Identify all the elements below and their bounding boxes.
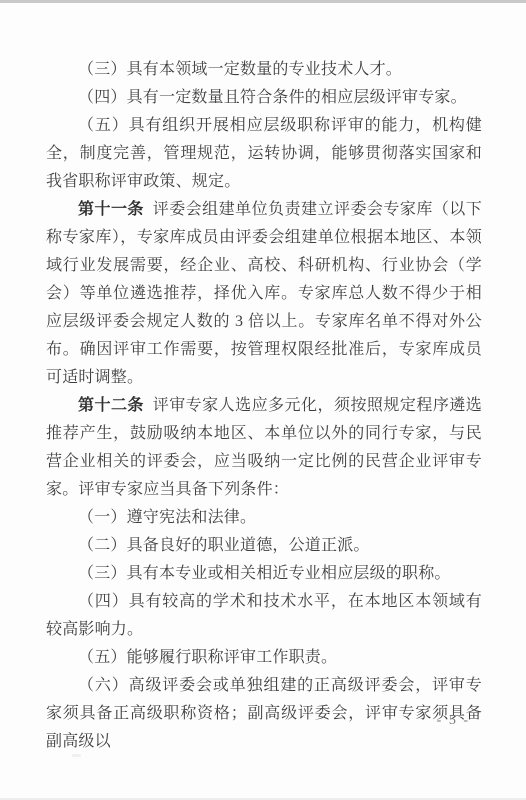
scan-artifact — [72, 754, 81, 757]
paragraph-text: （一）遵守宪法和法律。 — [78, 509, 256, 526]
paragraph: （五）具有组织开展相应层级职称评审的能力，机构健全，制度完善，管理规范，运转协调… — [46, 112, 482, 196]
paragraph: （四）具有一定数量且符合条件的相应层级评审专家。 — [46, 84, 482, 112]
paragraph: （五）能够履行职称评审工作职责。 — [46, 644, 482, 672]
document-text: （三）具有本领域一定数量的专业技术人才。 （四）具有一定数量且符合条件的相应层级… — [46, 56, 482, 756]
article-number: 第十一条 — [78, 201, 144, 218]
paragraph-text: （四）具有一定数量且符合条件的相应层级评审专家。 — [78, 89, 467, 106]
paragraph: （一）遵守宪法和法律。 — [46, 504, 482, 532]
paragraph: （四）具有较高的学术和技术水平，在本地区本领域有较高影响力。 — [46, 588, 482, 644]
paragraph-text: （三）具有本专业或相关相近专业相应层级的职称。 — [78, 565, 451, 582]
paragraph: 第十一条评委会组建单位负责建立评委会专家库（以下称专家库），专家库成员由评委会组… — [46, 196, 482, 392]
article-number: 第十二条 — [78, 397, 144, 414]
paragraph: （三）具有本专业或相关相近专业相应层级的职称。 — [46, 560, 482, 588]
paragraph: （三）具有本领域一定数量的专业技术人才。 — [46, 56, 482, 84]
paragraph-text: 评委会组建单位负责建立评委会专家库（以下称专家库），专家库成员由评委会组建单位根… — [46, 201, 482, 386]
paragraph: （二）具备良好的职业道德，公道正派。 — [46, 532, 482, 560]
scan-top-border — [0, 0, 526, 3]
paragraph: 第十二条评审专家人选应多元化，须按照规定程序遴选推荐产生，鼓励吸纳本地区、本单位… — [46, 392, 482, 504]
paragraph-text: （五）具有组织开展相应层级职称评审的能力，机构健全，制度完善，管理规范，运转协调… — [46, 117, 482, 190]
paragraph: （六）高级评委会或单独组建的正高级评委会，评审专家须具备正高级职称资格；副高级评… — [46, 672, 482, 756]
page-number: - 5 - — [437, 712, 470, 730]
paragraph-text: （五）能够履行职称评审工作职责。 — [78, 649, 337, 666]
paragraph-text: （四）具有较高的学术和技术水平，在本地区本领域有较高影响力。 — [46, 593, 482, 638]
paragraph-text: （三）具有本领域一定数量的专业技术人才。 — [78, 61, 402, 78]
paragraph-text: （二）具备良好的职业道德，公道正派。 — [78, 537, 370, 554]
paragraph-text: （六）高级评委会或单独组建的正高级评委会，评审专家须具备正高级职称资格；副高级评… — [46, 677, 482, 750]
scanned-document-page: （三）具有本领域一定数量的专业技术人才。 （四）具有一定数量且符合条件的相应层级… — [0, 0, 526, 800]
